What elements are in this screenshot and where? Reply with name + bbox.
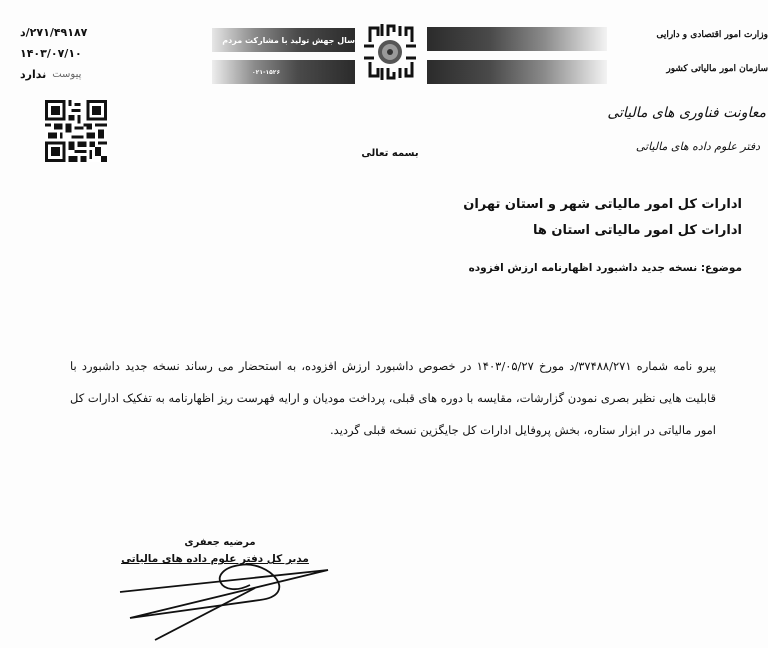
letter-date-row: ۱۴۰۳/۰۷/۱۰ [20,43,140,64]
letter-number-row: ۲۷۱/۴۹۱۸۷/د [20,22,140,43]
tax-organization-logo-icon [360,20,420,84]
subject-line: موضوع: نسخه جدید داشبورد اظهارنامه ارزش … [380,262,742,274]
bismillah-heading: بسمه تعالی [340,148,440,159]
deputy-name: معاونت فناوری های مالیاتی [580,105,766,121]
subject-text: نسخه جدید داشبورد اظهارنامه ارزش افزوده [469,262,698,274]
slogan-banner: سال جهش تولید با مشارکت مردم [212,28,355,52]
slogan-text: سال جهش تولید با مشارکت مردم [222,36,355,45]
letter-meta: ۲۷۱/۴۹۱۸۷/د ۱۴۰۳/۰۷/۱۰ پیوست ندارد [20,22,140,85]
attachment-label: پیوست [52,64,81,85]
ministry-name: وزارت امور اقتصادی و دارایی [600,30,768,40]
letter-number: ۲۷۱/۴۹۱۸۷/د [20,22,87,43]
signatory-title: مدیر کل دفتر علوم داده های مالیاتی [110,553,320,565]
phone-text: ۰۲۱-۱۵۲۶ [252,69,280,76]
letter-date: ۱۴۰۳/۰۷/۱۰ [20,43,82,64]
letter-body: پیرو نامه شماره ۳۷۴۸۸/۲۷۱/د مورخ ۱۴۰۳/۰۵… [70,350,716,446]
subject-label: موضوع: [701,262,742,274]
recipient-line: ادارات کل امور مالیاتی شهر و استان تهران [420,192,742,218]
organization-banner [427,60,607,84]
phone-banner: ۰۲۱-۱۵۲۶ [212,60,355,84]
attachment-row: پیوست ندارد [20,64,140,85]
ministry-banner [427,27,607,51]
qr-code-icon [45,100,107,162]
letter-page: ۲۷۱/۴۹۱۸۷/د ۱۴۰۳/۰۷/۱۰ پیوست ندارد [0,0,768,648]
signatory-name: مرضیه جعفری [120,537,320,548]
organization-name: سازمان امور مالیاتی کشور [600,64,768,74]
recipients-block: ادارات کل امور مالیاتی شهر و استان تهران… [420,192,742,244]
recipient-line: ادارات کل امور مالیاتی استان ها [420,218,742,244]
office-name: دفتر علوم داده های مالیاتی [600,140,760,153]
attachment-value: ندارد [20,64,46,85]
